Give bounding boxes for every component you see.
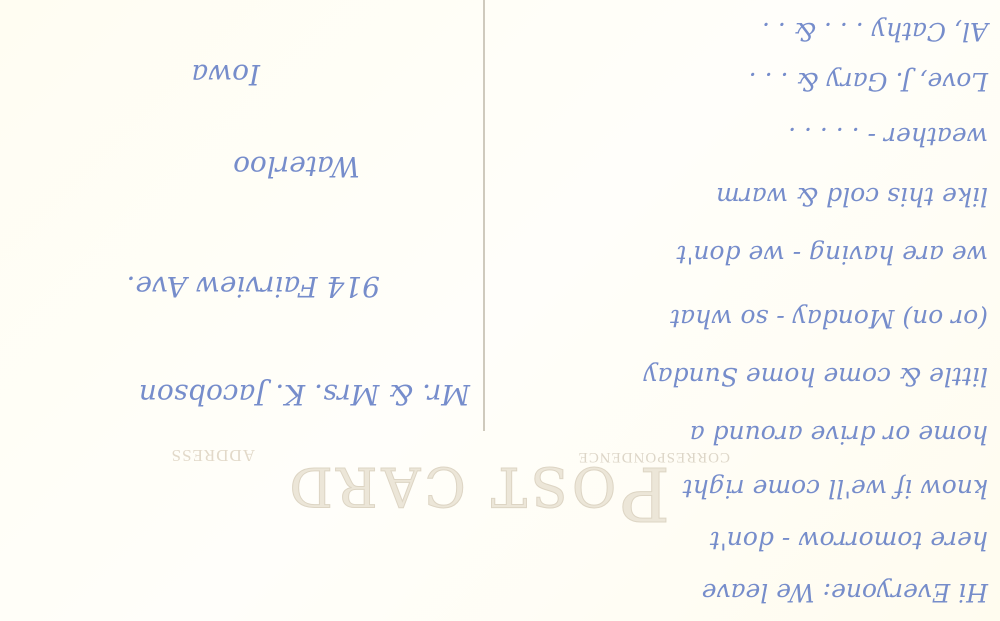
message-line: Love, J. Gary & . . . (749, 67, 988, 96)
message-line: weather - . . . . . (788, 122, 988, 151)
correspondence-label: CORRESPONDENCE (578, 448, 730, 465)
message-line: know if we'll come right (683, 474, 988, 503)
message-line: Al, Cathy . . . & . . (762, 17, 988, 46)
center-divider (483, 0, 485, 431)
message-line: Hi Everyone: We leave (702, 578, 988, 607)
address-street: 914 Fairview Ave. (127, 270, 381, 303)
postcard-back-rotated: POST CARD CORRESPONDENCE ADDRESS Hi Ever… (0, 0, 1000, 621)
message-line: we are having - we don't (676, 240, 988, 269)
message-line: here tomorrow - don't (710, 526, 988, 555)
title-rest: OST CARD (285, 455, 616, 518)
message-line: home or drive around a (690, 420, 988, 449)
address-label: ADDRESS (171, 445, 255, 465)
address-name: Mr. & Mrs. K. Jacobson (139, 378, 470, 411)
postcard: POST CARD CORRESPONDENCE ADDRESS Hi Ever… (0, 0, 1000, 621)
address-city: Waterloo (233, 150, 360, 183)
message-line: little & come home Sunday (644, 362, 988, 391)
message-line: like this cold & warm (716, 182, 988, 211)
message-line: (or on) Monday - so what (670, 304, 988, 333)
address-state: Iowa (191, 58, 260, 91)
